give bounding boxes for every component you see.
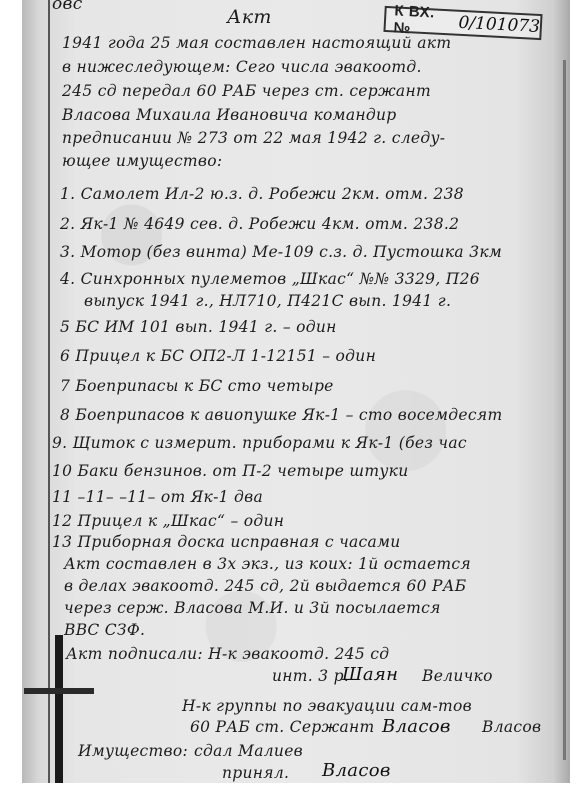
page-edge: [563, 60, 566, 760]
signer-name-2: Власов: [482, 718, 541, 736]
closing-line: Акт составлен в 3х экз., из коих: 1й ост…: [64, 555, 471, 573]
closing-line: через серж. Власова М.И. и 3й посылается: [64, 599, 441, 617]
item-line: 11 –11– –11– от Як-1 два: [52, 488, 263, 506]
item-line: 3. Мотор (без винта) Ме-109 с.з. д. Пуст…: [60, 243, 502, 261]
item-line: 13 Приборная доска исправная с часами: [52, 533, 401, 551]
item-line: 1. Самолет Ил-2 ю.з. д. Робежи 2км. отм.…: [60, 185, 464, 203]
stamp-number: 0/101073: [458, 13, 540, 37]
margin-line: [48, 0, 50, 783]
closing-line: ВВС СЗФ.: [64, 621, 145, 639]
item-line: 4. Синхронных пулеметов „Шкас“ №№ 3329, …: [60, 270, 480, 288]
item-line: 6 Прицел к БС ОП2-Л 1-12151 – один: [60, 347, 376, 365]
intro-line: 245 сд передал 60 РАБ через ст. сержант: [62, 82, 431, 100]
item-line: 10 Баки бензинов. от П-2 четыре штуки: [52, 462, 409, 480]
item-line: 7 Боеприпасы к БС сто четыре: [60, 377, 334, 395]
intro-line: Власова Михаила Ивановича командир: [62, 106, 397, 124]
document-page: овс Акт К ВХ. № 0/101073 1941 года 25 ма…: [22, 0, 570, 783]
item-line: 5 БС ИМ 101 вып. 1941 г. – один: [60, 318, 337, 336]
corner-note: овс: [52, 0, 83, 14]
signature-1: Шаян: [342, 664, 398, 685]
closing-line: в делах эвакоотд. 245 сд, 2й выдается 60…: [64, 577, 466, 595]
handed-over: сдал Малиев: [194, 742, 303, 760]
unit-line: 60 РАБ ст. Сержант: [190, 718, 375, 736]
signature-2: Власов: [382, 716, 451, 737]
group-chief-line: Н-к группы по эвакуации сам-тов: [182, 697, 472, 715]
intro-line: 1941 года 25 мая составлен настоящий акт: [62, 34, 451, 52]
intro-line: предписании № 273 от 22 мая 1942 г. след…: [62, 129, 445, 147]
received-label: принял.: [222, 764, 289, 782]
item-line: 9. Щиток с измерит. приборами к Як-1 (бе…: [52, 434, 467, 452]
item-line: выпуск 1941 г., НЛ710, П421С вып. 1941 г…: [84, 292, 451, 310]
signatures-intro: Акт подписали: Н-к эвакоотд. 245 сд: [66, 645, 389, 663]
item-line: 8 Боеприпасов к авиопушке Як-1 – сто вос…: [60, 406, 502, 424]
intro-line: ющее имущество:: [62, 152, 222, 170]
item-line: 2. Як-1 № 4649 сев. д. Робежи 4км. отм. …: [60, 215, 459, 233]
item-line: 12 Прицел к „Шкас“ – один: [52, 512, 284, 530]
binding-thread-horizontal: [24, 688, 94, 694]
property-label: Имущество:: [78, 742, 188, 760]
document-title: Акт: [227, 6, 272, 28]
intro-line: в нижеследующем: Сего числа эвакоотд.: [62, 58, 422, 76]
signer-rank: инт. 3 р.: [272, 667, 349, 685]
binding-thread-vertical: [55, 635, 63, 783]
signature-3: Власов: [322, 760, 391, 781]
signer-name-1: Величко: [422, 667, 493, 685]
